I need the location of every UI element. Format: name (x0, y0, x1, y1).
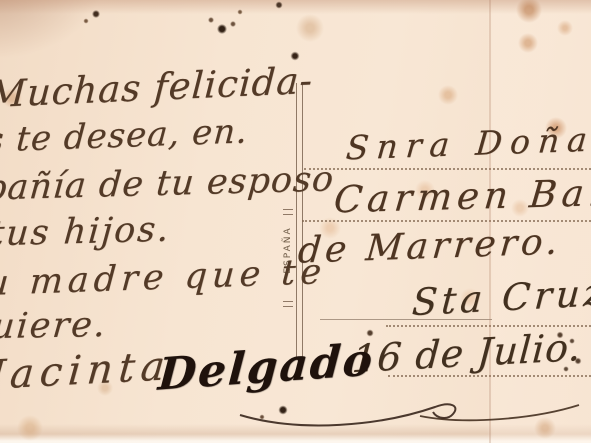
signature-last-name: Delgado (156, 334, 375, 400)
address-recipient-surname: de Marrero. (296, 221, 563, 271)
message-line-2: s te desea, en. (0, 111, 249, 160)
address-dotted-line-1 (304, 168, 591, 170)
divider-tick-bottom (283, 301, 293, 307)
date-flourish (415, 398, 585, 428)
message-line-5: u madre que te (0, 252, 328, 304)
divider-tick-top (283, 209, 293, 215)
address-city: Sta Cruz (411, 271, 591, 324)
postcard-back: ESPAÑA Muchas felicida- s te desea, en. … (0, 0, 591, 443)
address-date: 16 de Julio. 1 (351, 323, 591, 381)
signature-flourish (230, 395, 480, 435)
address-recipient-title: Snra Doña (344, 120, 591, 168)
message-line-6: uiere. (0, 305, 109, 347)
fold-crease (489, 0, 491, 443)
address-recipient-name: Carmen Barre (332, 170, 591, 222)
signature-first-name: Jacinta (0, 343, 173, 399)
message-line-1: Muchas felicida- (0, 59, 314, 116)
message-line-3: pañía de tu esposo (0, 159, 336, 208)
message-line-4: tus hijos. (0, 210, 172, 255)
